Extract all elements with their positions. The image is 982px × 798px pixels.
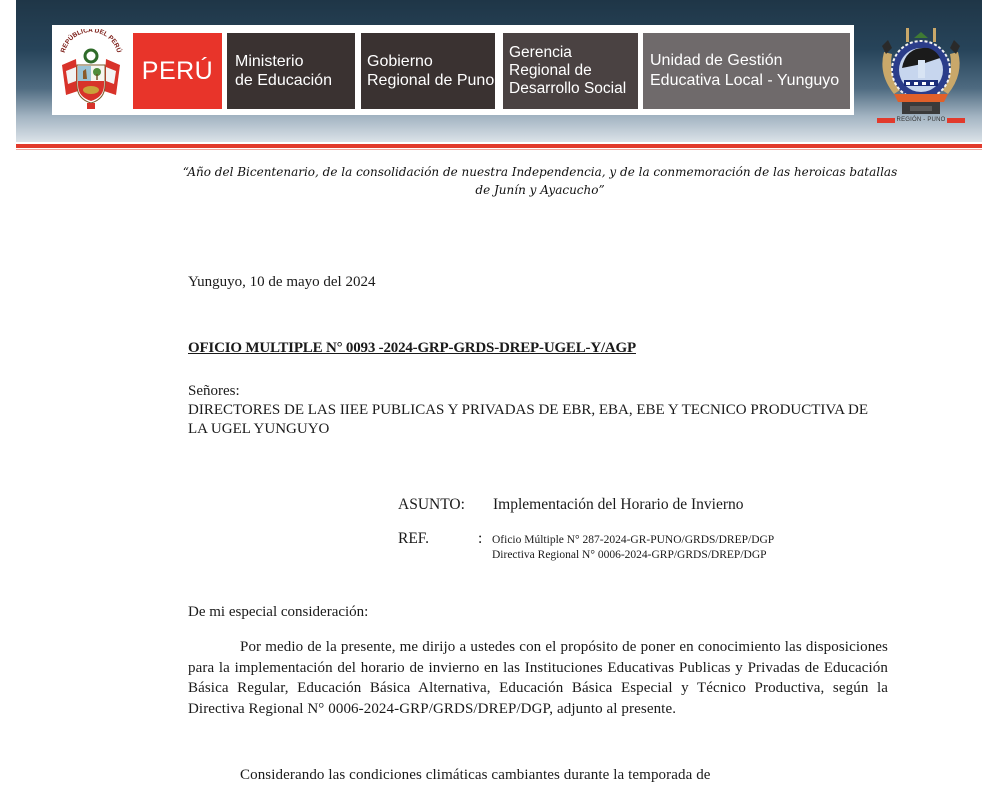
year-motto: “Año del Bicentenario, de la consolidaci…	[180, 163, 900, 199]
oficio-title: OFICIO MULTIPLE N° 0093 -2024-GRP-GRDS-D…	[188, 340, 636, 357]
header-rule-thin	[16, 149, 982, 150]
subject-label: ASUNTO:	[398, 496, 465, 514]
reference-colon: :	[478, 530, 482, 548]
peru-coat-of-arms-icon: REPÚBLICA DEL PERÚ	[56, 29, 126, 111]
region-caption-text: REGIÓN - PUNO	[897, 117, 946, 123]
greeting: De mi especial consideración:	[188, 604, 368, 621]
social-development-label: Gerencia Regional de Desarrollo Social	[509, 44, 626, 98]
region-caption: REGIÓN - PUNO	[876, 116, 966, 124]
puno-region-emblem-icon	[876, 24, 966, 120]
reference-list: Oficio Múltiple N° 287-2024-GR-PUNO/GRDS…	[492, 533, 774, 563]
subject-value: Implementación del Horario de Invierno	[493, 496, 744, 514]
peru-brand-block: PERÚ	[133, 33, 222, 109]
recipients: DIRECTORES DE LAS IIEE PUBLICAS Y PRIVAD…	[188, 401, 888, 439]
caption-left-bar	[877, 118, 895, 123]
reference-item: Oficio Múltiple N° 287-2024-GR-PUNO/GRDS…	[492, 533, 774, 548]
regional-government-block: Gobierno Regional de Puno	[361, 33, 495, 109]
date-line: Yunguyo, 10 de mayo del 2024	[188, 274, 375, 291]
regional-government-label: Gobierno Regional de Puno	[367, 52, 494, 90]
body-paragraph: Por medio de la presente, me dirijo a us…	[188, 637, 888, 719]
ugel-label: Unidad de Gestión Educativa Local - Yung…	[650, 51, 839, 91]
caption-right-bar	[947, 118, 965, 123]
reference-label: REF.	[398, 530, 429, 548]
ministry-block: Ministerio de Educación	[227, 33, 355, 109]
ugel-block: Unidad de Gestión Educativa Local - Yung…	[643, 33, 850, 109]
social-development-block: Gerencia Regional de Desarrollo Social	[503, 33, 638, 109]
salutation-label: Señores:	[188, 383, 240, 400]
header-rule-red	[16, 144, 982, 148]
ministry-label: Ministerio de Educación	[235, 52, 332, 90]
reference-item: Directiva Regional N° 0006-2024-GRP/GRDS…	[492, 548, 774, 563]
peru-brand-label: PERÚ	[142, 57, 213, 86]
body-paragraph: Considerando las condiciones climáticas …	[188, 765, 888, 786]
